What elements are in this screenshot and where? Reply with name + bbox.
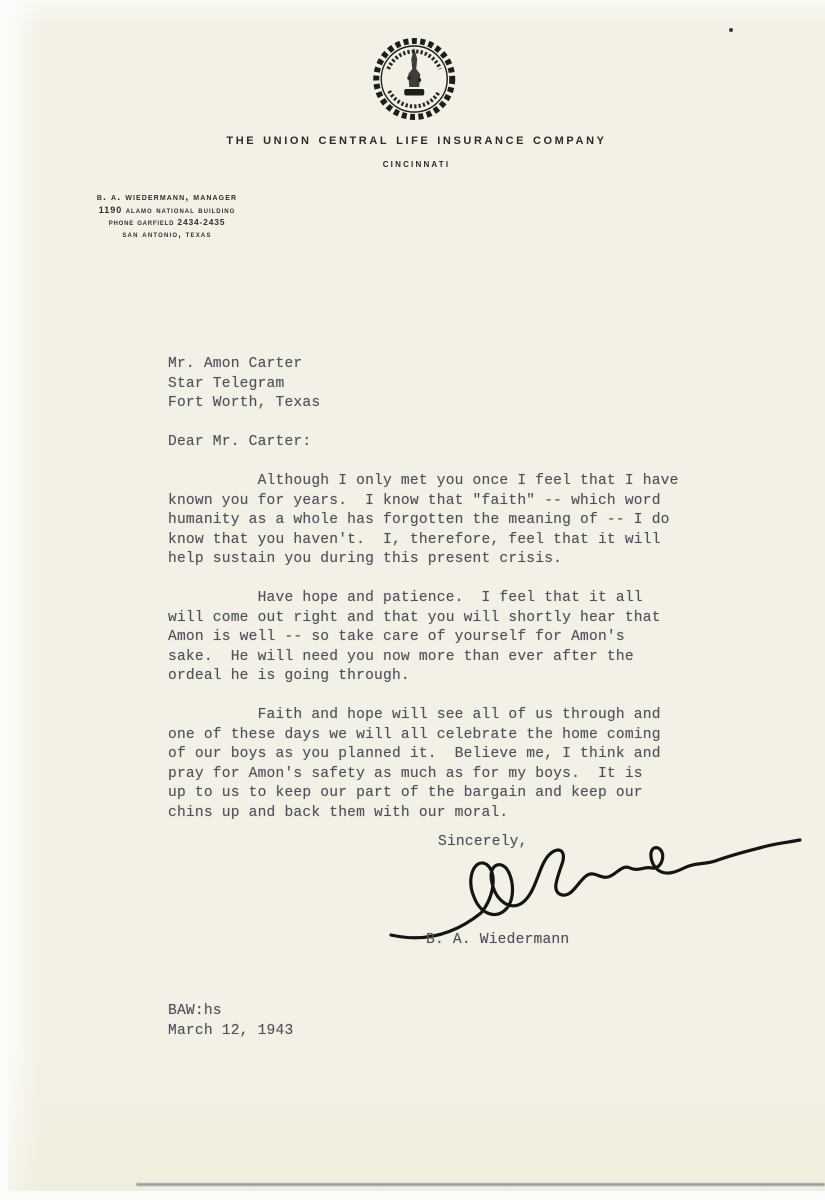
manager-building: 1190 Alamo National Building [60,205,274,215]
paragraph-2: Have hope and patience. I feel that it a… [168,589,748,687]
recipient-address: Mr. Amon Carter Star Telegram Fort Worth… [168,355,748,414]
salutation: Dear Mr. Carter: [168,433,748,453]
company-name: The Union Central Life Insurance Company [8,131,825,149]
company-city: Cincinnati [8,158,825,170]
manager-address-block: B. A. Wiedermann, Manager 1190 Alamo Nat… [60,191,274,239]
page-bottom-edge-shadow [136,1183,825,1186]
manager-city: San Antonio, Texas [60,229,274,239]
ink-speck [729,28,733,32]
manager-name: B. A. Wiedermann, Manager [60,191,274,203]
typed-signature-name: B. A. Wiedermann [426,931,569,951]
letter-page: The Union Central Life Insurance Company… [8,0,825,1191]
manager-phone: Phone Garfield 2434-2435 [60,217,274,227]
paragraph-3: Faith and hope will see all of us throug… [168,706,748,823]
reference-initials-and-date: BAW:hs March 12, 1943 [168,1002,293,1041]
company-seal-icon [368,33,460,130]
paragraph-1: Although I only met you once I feel that… [168,472,748,570]
